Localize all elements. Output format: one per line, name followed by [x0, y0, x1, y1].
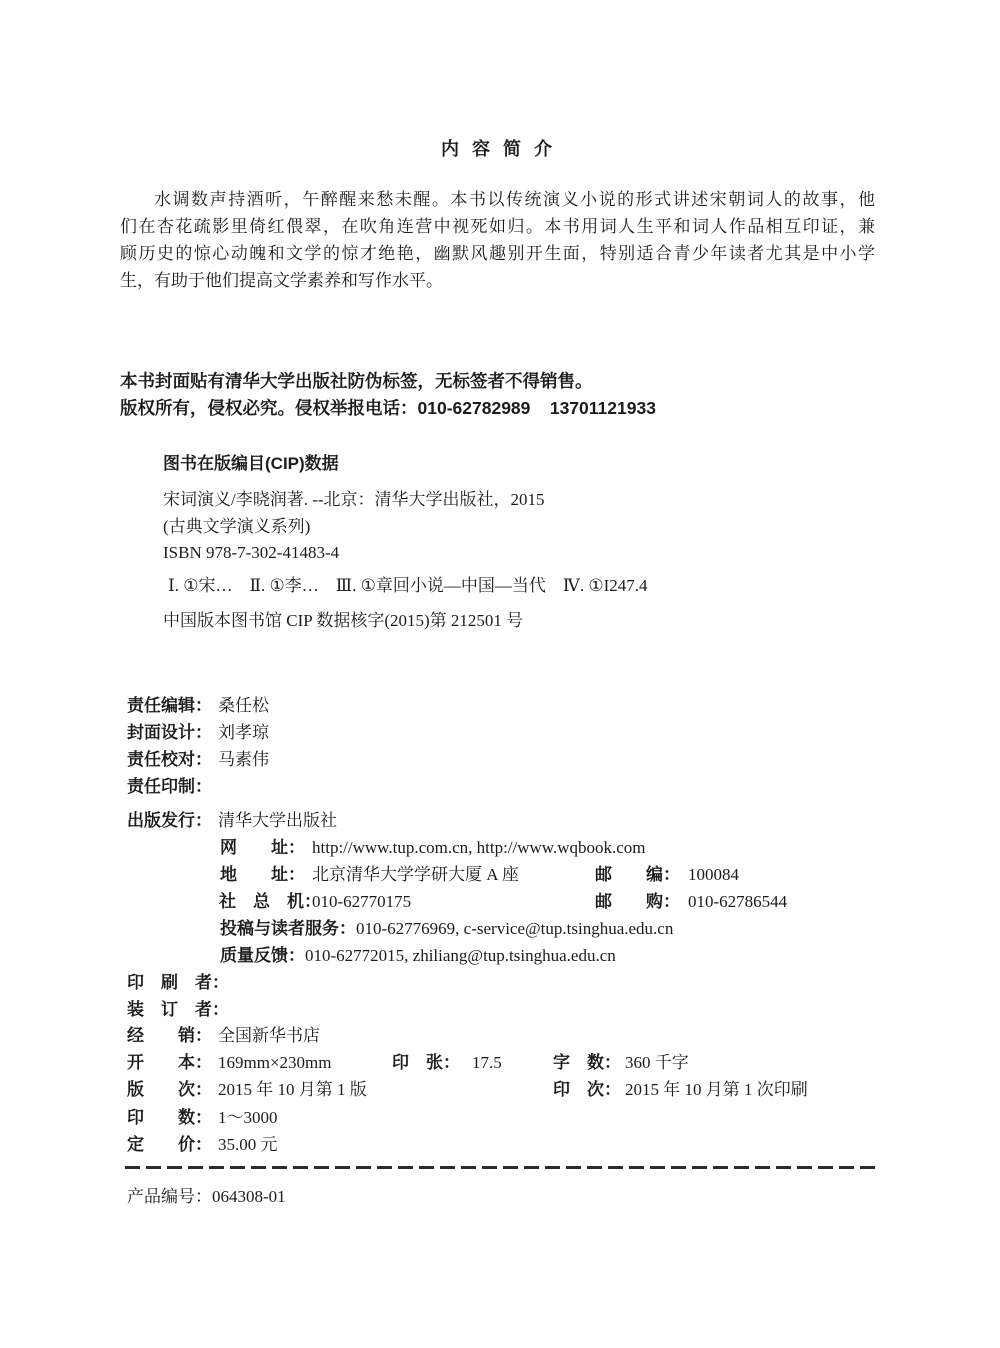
cip-series-line: (古典文学演义系列): [163, 517, 310, 537]
reader-service-label: 投稿与读者服务：: [220, 919, 356, 938]
quality-feedback-row: 质量反馈：010-62772015, zhiliang@tup.tsinghua…: [220, 946, 616, 966]
editor-label: 责任编辑：: [127, 696, 212, 716]
distributor-value: 全国新华书店: [218, 1026, 320, 1046]
price-label: 定 价：: [127, 1135, 212, 1155]
proofreader-name: 马素伟: [218, 750, 269, 770]
quality-feedback-value: 010-62772015, zhiliang@tup.tsinghua.edu.…: [305, 946, 616, 965]
mailorder-value: 010-62786544: [688, 892, 787, 912]
print-supervisor-label: 责任印制：: [127, 777, 212, 797]
intro-title: 内 容 简 介: [122, 139, 875, 159]
reader-service-value: 010-62776969, c-service@tup.tsinghua.edu…: [356, 919, 673, 938]
wordcount-value: 360 千字: [625, 1053, 689, 1073]
switchboard-label: 社 总 机：: [219, 892, 321, 912]
website-label: 网 址：: [220, 838, 305, 858]
cover-designer-name: 刘孝琼: [218, 723, 269, 743]
binder-label: 装 订 者：: [127, 1000, 229, 1020]
zipcode-label: 邮 编：: [595, 865, 680, 885]
intro-line-4: 生，有助于他们提高文学素养和写作水平。: [120, 267, 875, 294]
intro-line-3: 顾历史的惊心动魄和文学的惊才绝艳，幽默风趣别开生面，特别适合青少年读者尤其是中小…: [120, 240, 875, 267]
website-value: http://www.tup.com.cn, http://www.wqbook…: [312, 838, 646, 858]
edition-value: 2015 年 10 月第 1 版: [218, 1080, 367, 1100]
wordcount-label: 字 数：: [553, 1053, 621, 1073]
mailorder-label: 邮 购：: [595, 892, 680, 912]
zipcode-value: 100084: [688, 865, 739, 885]
sheets-value: 17.5: [472, 1053, 502, 1073]
cip-record-line: 中国版本图书馆 CIP 数据核字(2015)第 212501 号: [163, 611, 523, 631]
address-value: 北京清华大学学研大厦 A 座: [312, 865, 519, 885]
copies-label: 印 数：: [127, 1108, 212, 1128]
publisher-label: 出版发行：: [127, 811, 212, 831]
dashed-separator: [125, 1166, 877, 1169]
cip-classification-line: Ⅰ. ①宋… Ⅱ. ①李… Ⅲ. ①章回小说—中国—当代 Ⅳ. ①I247.4: [168, 576, 648, 596]
copies-value: 1～3000: [218, 1108, 278, 1128]
cip-title-line: 宋词演义/李晓润著. --北京：清华大学出版社，2015: [163, 490, 545, 510]
quality-feedback-label: 质量反馈：: [220, 946, 305, 965]
switchboard-value: 010-62770175: [312, 892, 411, 912]
address-label: 地 址：: [220, 865, 305, 885]
product-number-value: 064308-01: [212, 1187, 286, 1206]
product-number-label: 产品编号：: [127, 1187, 212, 1206]
edition-label: 版 次：: [127, 1080, 212, 1100]
intro-paragraph: 水调数声持酒听，午醉醒来愁未醒。本书以传统演义小说的形式讲述宋朝词人的故事，他 …: [120, 186, 875, 294]
cip-isbn-line: ISBN 978-7-302-41483-4: [163, 543, 339, 563]
reader-service-row: 投稿与读者服务：010-62776969, c-service@tup.tsin…: [220, 919, 673, 939]
book-copyright-page: 内 容 简 介 水调数声持酒听，午醉醒来愁未醒。本书以传统演义小说的形式讲述宋朝…: [0, 0, 1000, 1348]
proofreader-label: 责任校对：: [127, 750, 212, 770]
format-value: 169mm×230mm: [218, 1053, 331, 1073]
product-number-row: 产品编号：064308-01: [127, 1187, 286, 1207]
intro-line-2: 们在杏花疏影里倚红偎翠，在吹角连营中视死如归。本书用词人生平和词人作品相互印证，…: [120, 213, 875, 240]
anti-piracy-notice: 本书封面贴有清华大学出版社防伪标签，无标签者不得销售。: [120, 371, 593, 391]
copyright-warning: 版权所有，侵权必究。侵权举报电话：010-62782989 1370112193…: [120, 398, 656, 418]
format-label: 开 本：: [127, 1053, 212, 1073]
publisher-name: 清华大学出版社: [218, 811, 337, 831]
editor-name: 桑任松: [218, 696, 269, 716]
distributor-label: 经 销：: [127, 1026, 212, 1046]
cover-designer-label: 封面设计：: [127, 723, 212, 743]
sheets-label: 印 张：: [392, 1053, 460, 1073]
impression-value: 2015 年 10 月第 1 次印刷: [625, 1080, 808, 1100]
price-value: 35.00 元: [218, 1135, 278, 1155]
printer-label: 印 刷 者：: [127, 973, 229, 993]
cip-heading: 图书在版编目(CIP)数据: [163, 454, 339, 474]
intro-line-1: 水调数声持酒听，午醉醒来愁未醒。本书以传统演义小说的形式讲述宋朝词人的故事，他: [120, 186, 875, 213]
impression-label: 印 次：: [553, 1080, 621, 1100]
